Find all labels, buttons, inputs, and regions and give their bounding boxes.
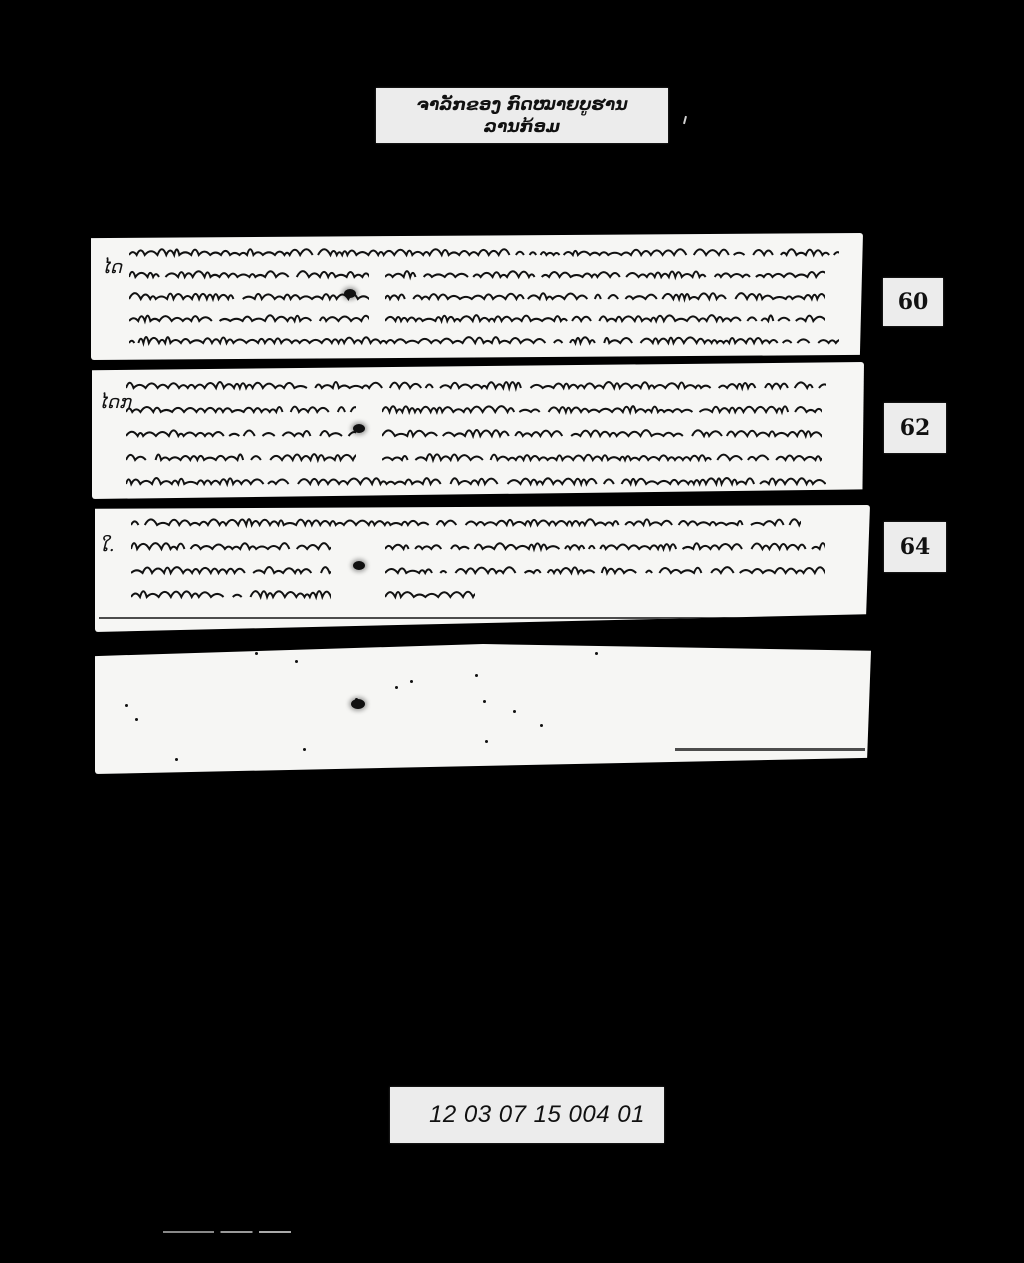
script-line (382, 448, 822, 468)
script-line (382, 400, 822, 420)
speck (395, 686, 398, 689)
speck (255, 652, 258, 655)
script-line (129, 287, 369, 307)
script-line (385, 585, 475, 605)
film-mark (683, 116, 687, 124)
script-line (126, 376, 826, 396)
script-line (126, 448, 356, 468)
film-scratch (163, 1231, 291, 1233)
page-tag-60: 60 (883, 278, 943, 326)
header-title-line2: ລານກ້ອມ (484, 116, 560, 138)
script-line (126, 472, 826, 492)
script-line (129, 243, 839, 263)
script-line (129, 265, 369, 285)
speck (295, 660, 298, 663)
speck (483, 700, 486, 703)
speck (485, 740, 488, 743)
speck (125, 704, 128, 707)
page-tag-62: 62 (884, 403, 946, 453)
speck (135, 718, 138, 721)
leaf-edge (99, 617, 862, 619)
script-line (131, 561, 331, 581)
speck (303, 748, 306, 751)
script-line (131, 585, 331, 605)
speck (475, 674, 478, 677)
script-line (131, 513, 801, 533)
leaf-edge (675, 748, 865, 751)
speck (540, 724, 543, 727)
speck (355, 698, 358, 701)
script-line (385, 561, 825, 581)
script-line (385, 265, 825, 285)
speck (410, 680, 413, 683)
script-line (129, 309, 369, 329)
script-line (126, 424, 356, 444)
catalog-id: 12 03 07 15 004 01 (429, 1101, 645, 1129)
palm-leaf-3: ໃ. (95, 505, 870, 632)
script-line (385, 309, 825, 329)
palm-leaf-2: ໄດກ (92, 362, 864, 499)
page-tag-64: 64 (884, 522, 946, 572)
palm-leaf-4-blank (95, 640, 871, 774)
palm-leaf-1: ໄດ (91, 233, 863, 360)
string-hole (351, 699, 365, 709)
script-line (126, 400, 356, 420)
script-line (385, 537, 825, 557)
script-line (385, 287, 825, 307)
catalog-id-label: 12 03 07 15 004 01 (390, 1087, 664, 1143)
speck (513, 710, 516, 713)
header-label: ຈາລັກຂອງ ກົດໝາຍບູຮານ ລານກ້ອມ (376, 88, 668, 143)
script-line (382, 424, 822, 444)
speck (595, 652, 598, 655)
speck (175, 758, 178, 761)
string-hole (353, 561, 365, 570)
script-line (129, 331, 839, 351)
leaf-margin-number: ໃ. (99, 535, 115, 556)
script-line (131, 537, 331, 557)
leaf-margin-number: ໄດ (101, 257, 122, 278)
header-title-line1: ຈາລັກຂອງ ກົດໝາຍບູຮານ (416, 94, 627, 116)
